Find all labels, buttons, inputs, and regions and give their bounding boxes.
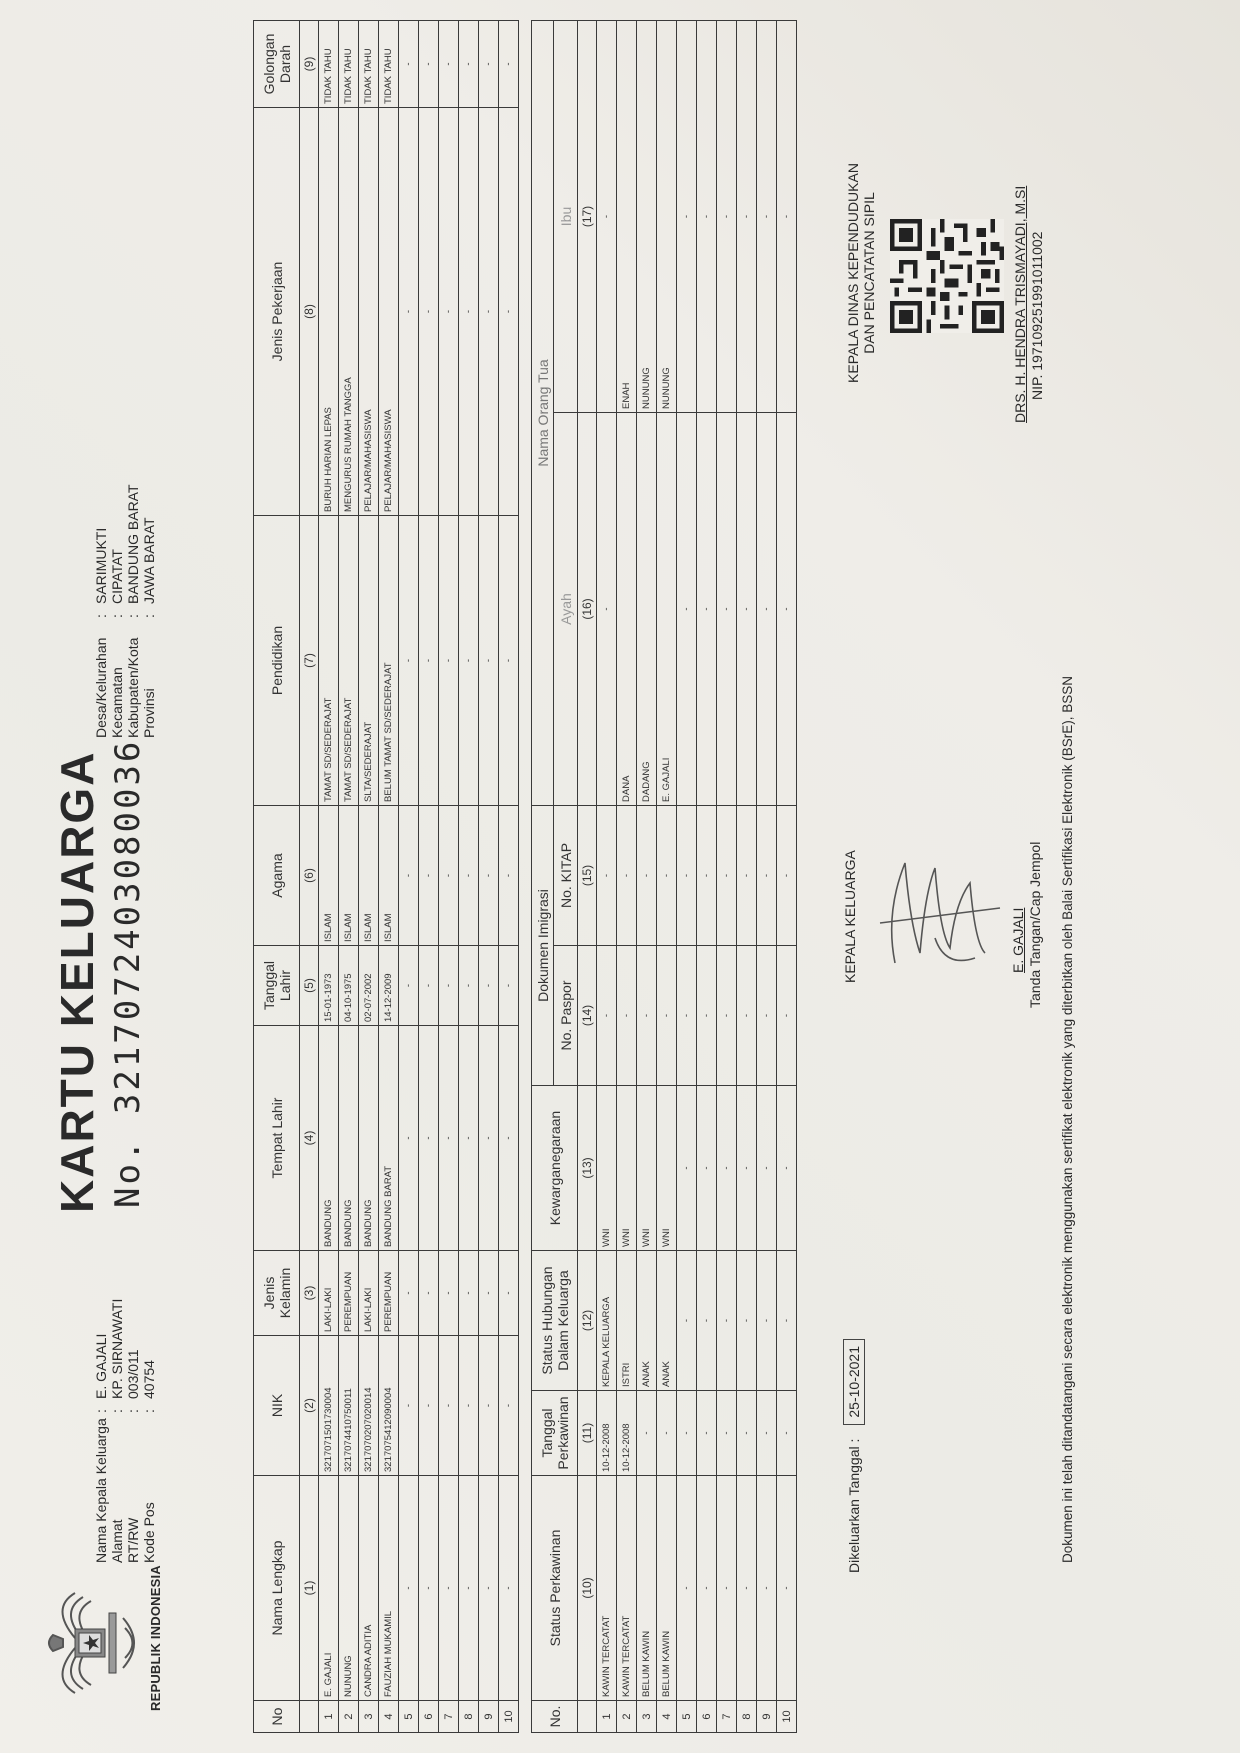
col-index: (5) <box>300 946 319 1026</box>
table-cell: - <box>677 805 697 945</box>
table-cell: - <box>597 20 617 412</box>
table-row: 5-------- <box>677 20 697 1732</box>
table-cell: 5 <box>399 1701 419 1733</box>
col-header-passport: No. Paspor <box>554 946 578 1086</box>
electronic-signature-note: Dokumen ini telah ditandatangani secara … <box>1060 676 1075 1563</box>
table-cell: - <box>459 1026 479 1251</box>
col-header-marital-status: Status Perkawinan <box>532 1476 578 1701</box>
table-cell: 3217071501730004 <box>319 1336 339 1476</box>
table-cell: BELUM KAWIN <box>657 1476 677 1701</box>
table-row: 4FAUZIAH MUKAMIL3217075412090004PEREMPUA… <box>379 21 399 1733</box>
family-members-table: No Nama Lengkap NIK Jenis Kelamin Tempat… <box>253 20 519 1733</box>
table-cell: - <box>439 1026 459 1251</box>
table-cell: - <box>677 1476 697 1701</box>
head-of-family-value: E. GAJALI <box>93 1334 109 1399</box>
table-cell: - <box>777 1391 797 1476</box>
table-cell: 3 <box>359 1701 379 1733</box>
table-cell: - <box>757 1476 777 1701</box>
table-cell: - <box>499 946 519 1026</box>
table-cell: - <box>399 1476 419 1701</box>
table-cell: - <box>419 516 439 806</box>
table-cell: 9 <box>479 1701 499 1733</box>
table-cell: - <box>697 805 717 945</box>
table-cell: BANDUNG <box>319 1026 339 1251</box>
table-row: 1E. GAJALI3217071501730004LAKI-LAKIBANDU… <box>319 21 339 1733</box>
table-row: 6-------- <box>697 20 717 1732</box>
rt-rw-value: 003/011 <box>125 1349 141 1399</box>
table-cell: - <box>479 108 499 516</box>
col-header-nik: NIK <box>254 1336 300 1476</box>
table-cell: WNI <box>637 1086 657 1251</box>
country-label: REPUBLIK INDONESIA <box>148 1565 163 1711</box>
table-cell: E. GAJALI <box>319 1476 339 1701</box>
table-cell: - <box>499 1026 519 1251</box>
table-cell: - <box>757 412 777 805</box>
table-cell: FAUZIAH MUKAMIL <box>379 1476 399 1701</box>
table-cell: CANDRA ADITIA <box>359 1476 379 1701</box>
table-cell: - <box>677 946 697 1086</box>
table-cell: - <box>737 1251 757 1391</box>
table-cell: - <box>717 805 737 945</box>
table-cell: 10-12-2008 <box>617 1391 637 1476</box>
table-cell: 3217075412090004 <box>379 1336 399 1476</box>
table-cell: KEPALA KELUARGA <box>597 1251 617 1391</box>
col-header-gender: Jenis Kelamin <box>254 1251 300 1336</box>
col-header-education: Pendidikan <box>254 516 300 806</box>
table-row: 8-------- <box>737 20 757 1732</box>
table-cell: - <box>499 1251 519 1336</box>
table-cell: BELUM KAWIN <box>637 1476 657 1701</box>
issuing-authority: KEPALA DINAS KEPENDUDUKAN DAN PENCATATAN… <box>845 133 877 413</box>
table-cell: - <box>737 412 757 805</box>
table-cell: - <box>757 1391 777 1476</box>
table-row: 7-------- <box>717 20 737 1732</box>
table-cell: LAKI-LAKI <box>319 1251 339 1336</box>
table-cell: 02-07-2002 <box>359 946 379 1026</box>
table-cell: - <box>717 1251 737 1391</box>
table-cell: - <box>737 20 757 412</box>
col-index: (11) <box>578 1391 597 1476</box>
col-header-immigration-docs: Dokumen Imigrasi <box>532 805 554 1085</box>
table-cell: - <box>399 1336 419 1476</box>
table-cell: - <box>737 1086 757 1251</box>
table-row: 5--------- <box>399 21 419 1733</box>
col-index: (6) <box>300 806 319 946</box>
col-index: (3) <box>300 1251 319 1336</box>
table-cell: BELUM TAMAT SD/SEDERAJAT <box>379 516 399 806</box>
table-cell: - <box>777 1476 797 1701</box>
table-cell: - <box>499 806 519 946</box>
table-cell: - <box>777 20 797 412</box>
table-cell: - <box>499 21 519 108</box>
table-cell: - <box>677 1086 697 1251</box>
col-index: (14) <box>578 946 597 1086</box>
table-cell: E. GAJALI <box>657 412 677 805</box>
table-cell: ISLAM <box>319 806 339 946</box>
field-label: RT/RW <box>125 1413 141 1563</box>
col-index <box>300 1701 319 1733</box>
table-cell: - <box>717 20 737 412</box>
table-cell: PEREMPUAN <box>339 1251 359 1336</box>
table-cell: - <box>597 946 617 1086</box>
table-cell: - <box>757 946 777 1086</box>
table-cell: - <box>399 516 419 806</box>
col-header-marriage-date: Tanggal Perkawinan <box>532 1391 578 1476</box>
authority-line-1: KEPALA DINAS KEPENDUDUKAN <box>845 133 861 413</box>
table-cell: 3217074410750011 <box>339 1336 359 1476</box>
table-cell: PELAJAR/MAHASISWA <box>359 108 379 516</box>
table-cell: - <box>697 1476 717 1701</box>
table-cell: - <box>697 946 717 1086</box>
table-cell: - <box>419 108 439 516</box>
table-cell: PELAJAR/MAHASISWA <box>379 108 399 516</box>
table-cell: - <box>657 946 677 1086</box>
table-row: 6--------- <box>419 21 439 1733</box>
table-cell: - <box>737 1391 757 1476</box>
table-cell: - <box>419 1026 439 1251</box>
table-cell: TAMAT SD/SEDERAJAT <box>319 516 339 806</box>
table-cell: WNI <box>617 1086 637 1251</box>
table-cell: - <box>717 412 737 805</box>
issue-date-label: Dikeluarkan Tanggal : <box>846 1439 862 1573</box>
table-row: 2NUNUNG3217074410750011PEREMPUANBANDUNG0… <box>339 21 359 1733</box>
table-cell: - <box>479 21 499 108</box>
table-cell: - <box>777 1086 797 1251</box>
table-cell: 7 <box>439 1701 459 1733</box>
province-value: JAWA BARAT <box>141 517 157 604</box>
table-row: 1KAWIN TERCATAT10-12-2008KEPALA KELUARGA… <box>597 20 617 1732</box>
table-cell: 2 <box>617 1701 637 1733</box>
table-cell: 4 <box>657 1701 677 1733</box>
table-cell: TIDAK TAHU <box>379 21 399 108</box>
col-index: (16) <box>578 412 597 805</box>
table-cell: PEREMPUAN <box>379 1251 399 1336</box>
table-cell: BANDUNG BARAT <box>379 1026 399 1251</box>
col-index: (10) <box>578 1476 597 1701</box>
table-cell: - <box>777 412 797 805</box>
authority-line-2: DAN PENCATATAN SIPIL <box>861 133 877 413</box>
field-label: Alamat <box>109 1413 125 1563</box>
table-cell: - <box>399 1251 419 1336</box>
table-cell: KAWIN TERCATAT <box>597 1476 617 1701</box>
table-row: 2KAWIN TERCATAT10-12-2008ISTRIWNI--DANAE… <box>617 20 637 1732</box>
issue-date-value: 25-10-2021 <box>843 1339 865 1425</box>
table-cell: - <box>597 805 617 945</box>
table-cell: - <box>677 1251 697 1391</box>
table-cell: 10 <box>777 1701 797 1733</box>
table-cell: - <box>459 946 479 1026</box>
col-header-blood-type: Golongan Darah <box>254 21 300 108</box>
table-cell: BANDUNG <box>339 1026 359 1251</box>
table-cell: - <box>419 806 439 946</box>
table-cell: SLTA/SEDERAJAT <box>359 516 379 806</box>
table-cell: - <box>439 516 459 806</box>
table-cell: - <box>479 946 499 1026</box>
table-cell: - <box>697 1251 717 1391</box>
table-cell: - <box>439 1336 459 1476</box>
table-row: 10-------- <box>777 20 797 1732</box>
table-cell: 8 <box>459 1701 479 1733</box>
table-cell: - <box>439 1476 459 1701</box>
table-cell: 1 <box>597 1701 617 1733</box>
col-header-kitap: No. KITAP <box>554 805 578 945</box>
table-cell: - <box>439 21 459 108</box>
table-cell: KAWIN TERCATAT <box>617 1476 637 1701</box>
family-card-document: REPUBLIK INDONESIA Nama Kepala Keluarga:… <box>0 0 1240 1753</box>
table-cell: - <box>617 805 637 945</box>
table-cell: 8 <box>737 1701 757 1733</box>
field-label: Kode Pos <box>141 1413 157 1563</box>
table-cell: 2 <box>339 1701 359 1733</box>
table-cell: - <box>697 1086 717 1251</box>
table-cell: 04-10-1975 <box>339 946 359 1026</box>
table-cell: - <box>499 1336 519 1476</box>
col-header-name: Nama Lengkap <box>254 1476 300 1701</box>
table-cell: MENGURUS RUMAH TANGGA <box>339 108 359 516</box>
table-row: 10--------- <box>499 21 519 1733</box>
table-cell: - <box>757 805 777 945</box>
table-cell: - <box>479 516 499 806</box>
table-cell: 3217070207020014 <box>359 1336 379 1476</box>
table-cell: - <box>459 108 479 516</box>
table-cell: WNI <box>657 1086 677 1251</box>
table-cell: ANAK <box>637 1251 657 1391</box>
table-cell: - <box>399 806 419 946</box>
field-label: Nama Kepala Keluarga <box>93 1413 109 1563</box>
table-cell: LAKI-LAKI <box>359 1251 379 1336</box>
table-cell: ISTRI <box>617 1251 637 1391</box>
col-index: (9) <box>300 21 319 108</box>
table-cell: 5 <box>677 1701 697 1733</box>
col-index: (2) <box>300 1336 319 1476</box>
table-cell: - <box>459 1251 479 1336</box>
table-cell: - <box>439 1251 459 1336</box>
table-cell: - <box>777 946 797 1086</box>
col-index: (13) <box>578 1086 597 1251</box>
table-cell: NUNUNG <box>637 20 657 412</box>
table-row: 3BELUM KAWIN-ANAKWNI--DADANGNUNUNG <box>637 20 657 1732</box>
table-cell: - <box>459 516 479 806</box>
table-cell: - <box>419 21 439 108</box>
table-cell: - <box>757 20 777 412</box>
table-cell: - <box>677 1391 697 1476</box>
table-cell: - <box>459 21 479 108</box>
col-index: (17) <box>578 20 597 412</box>
table-row: 4BELUM KAWIN-ANAKWNI--E. GAJALINUNUNG <box>657 20 677 1732</box>
col-header-father: Ayah <box>554 412 578 805</box>
table-cell: NUNUNG <box>657 20 677 412</box>
col-header-citizenship: Kewarganegaraan <box>532 1086 578 1251</box>
family-members-body: 1E. GAJALI3217071501730004LAKI-LAKIBANDU… <box>319 21 519 1733</box>
table-cell: 1 <box>319 1701 339 1733</box>
family-status-body: 1KAWIN TERCATAT10-12-2008KEPALA KELUARGA… <box>597 20 797 1732</box>
table-cell: - <box>499 1476 519 1701</box>
table-cell: - <box>419 946 439 1026</box>
table-row: 3CANDRA ADITIA3217070207020014LAKI-LAKIB… <box>359 21 379 1733</box>
district-value: CIPATAT <box>109 549 125 604</box>
table-cell: - <box>737 805 757 945</box>
table-cell: ISLAM <box>379 806 399 946</box>
table-cell: - <box>479 1336 499 1476</box>
village-value: SARIMUKTI <box>93 528 109 604</box>
table-cell: 4 <box>379 1701 399 1733</box>
head-of-family-name: E. GAJALI <box>1010 908 1026 973</box>
table-cell: - <box>637 1391 657 1476</box>
col-header-birthdate: Tanggal Lahir <box>254 946 300 1026</box>
table-cell: - <box>717 946 737 1086</box>
field-label: Desa/Kelurahan <box>93 618 109 738</box>
table-cell: - <box>737 946 757 1086</box>
table-cell: 15-01-1973 <box>319 946 339 1026</box>
col-index: (12) <box>578 1251 597 1391</box>
table-cell: BURUH HARIAN LEPAS <box>319 108 339 516</box>
col-header-no: No. <box>532 1701 578 1733</box>
table-cell: BANDUNG <box>359 1026 379 1251</box>
table-cell: TIDAK TAHU <box>339 21 359 108</box>
table-cell: 10 <box>499 1701 519 1733</box>
table-cell: 14-12-2009 <box>379 946 399 1026</box>
table-row: 8--------- <box>459 21 479 1733</box>
table-cell: - <box>597 412 617 805</box>
table-cell: - <box>439 806 459 946</box>
table-cell: - <box>657 805 677 945</box>
col-index: (8) <box>300 108 319 516</box>
table-cell: - <box>419 1476 439 1701</box>
table-cell: 10-12-2008 <box>597 1391 617 1476</box>
table-cell: - <box>499 108 519 516</box>
qr-code-icon <box>890 219 1004 333</box>
table-cell: - <box>757 1086 777 1251</box>
field-label: Provinsi <box>141 618 157 738</box>
region-info: Desa/Kelurahan:SARIMUKTI Kecamatan:CIPAT… <box>93 484 157 738</box>
table-cell: - <box>399 1026 419 1251</box>
table-cell: - <box>479 1026 499 1251</box>
table-cell: 6 <box>697 1701 717 1733</box>
table-cell: - <box>757 1251 777 1391</box>
table-cell: - <box>479 1251 499 1336</box>
card-number: No. 3217072403080036 <box>108 739 148 1208</box>
table-cell: - <box>717 1391 737 1476</box>
table-cell: - <box>717 1086 737 1251</box>
table-cell: - <box>479 806 499 946</box>
table-cell: - <box>499 516 519 806</box>
table-cell: - <box>399 108 419 516</box>
col-header-relationship: Status Hubungan Dalam Keluarga <box>532 1251 578 1391</box>
table-cell: TIDAK TAHU <box>359 21 379 108</box>
table-cell: 9 <box>757 1701 777 1733</box>
table-cell: - <box>697 1391 717 1476</box>
col-header-mother: Ibu <box>554 20 578 412</box>
table-cell: - <box>439 108 459 516</box>
table-cell: TAMAT SD/SEDERAJAT <box>339 516 359 806</box>
signature-icon <box>875 843 1005 983</box>
col-index: (1) <box>300 1476 319 1701</box>
table-cell: ISLAM <box>339 806 359 946</box>
col-header-occupation: Jenis Pekerjaan <box>254 108 300 516</box>
table-row: 7--------- <box>439 21 459 1733</box>
table-cell: - <box>399 946 419 1026</box>
table-cell: WNI <box>597 1086 617 1251</box>
col-header-parents: Nama Orang Tua <box>532 20 554 805</box>
document-title: KARTU KELUARGA <box>50 751 104 1213</box>
garuda-emblem-icon <box>45 1583 145 1703</box>
table-cell: ISLAM <box>359 806 379 946</box>
table-cell: - <box>637 805 657 945</box>
postal-code-value: 40754 <box>141 1360 157 1399</box>
table-cell: ANAK <box>657 1251 677 1391</box>
table-cell: - <box>459 1476 479 1701</box>
table-cell: DANA <box>617 412 637 805</box>
table-cell: - <box>419 1336 439 1476</box>
table-cell: - <box>777 1251 797 1391</box>
field-label: Kabupaten/Kota <box>125 618 141 738</box>
table-row: 9-------- <box>757 20 777 1732</box>
table-cell: - <box>419 1251 439 1336</box>
table-cell: - <box>717 1476 737 1701</box>
table-cell: - <box>459 1336 479 1476</box>
head-of-family-signature-label: KEPALA KELUARGA <box>842 850 858 983</box>
col-index: (4) <box>300 1026 319 1251</box>
signature-caption: Tanda Tangan/Cap Jempol <box>1027 842 1043 1008</box>
issue-date-block: Dikeluarkan Tanggal : 25-10-2021 <box>843 1339 865 1573</box>
table-cell: ENAH <box>617 20 637 412</box>
table-cell: NUNUNG <box>339 1476 359 1701</box>
address-value: KP. SIRNAWATI <box>109 1299 125 1399</box>
table-cell: 3 <box>637 1701 657 1733</box>
household-info: Nama Kepala Keluarga:E. GAJALI Alamat:KP… <box>93 1299 157 1563</box>
col-index <box>578 1701 597 1733</box>
table-cell: - <box>399 21 419 108</box>
official-name: DRS. H. HENDRA TRISMAYADI, M.SI <box>1012 186 1028 423</box>
regency-value: BANDUNG BARAT <box>125 484 141 604</box>
field-label: Kecamatan <box>109 618 125 738</box>
table-cell: - <box>617 946 637 1086</box>
table-cell: 7 <box>717 1701 737 1733</box>
table-cell: - <box>677 412 697 805</box>
table-cell: - <box>777 805 797 945</box>
col-header-religion: Agama <box>254 806 300 946</box>
col-index: (15) <box>578 805 597 945</box>
official-nip: NIP. 197109251991011002 <box>1029 232 1045 400</box>
table-row: 9--------- <box>479 21 499 1733</box>
table-cell: DADANG <box>637 412 657 805</box>
col-header-birthplace: Tempat Lahir <box>254 1026 300 1251</box>
table-cell: - <box>479 1476 499 1701</box>
table-cell: 6 <box>419 1701 439 1733</box>
table-cell: - <box>697 20 717 412</box>
table-cell: - <box>459 806 479 946</box>
table-cell: - <box>737 1476 757 1701</box>
table-cell: - <box>697 412 717 805</box>
table-cell: - <box>657 1391 677 1476</box>
table-cell: - <box>439 946 459 1026</box>
table-cell: - <box>677 20 697 412</box>
col-header-no: No <box>254 1701 300 1733</box>
table-cell: - <box>637 946 657 1086</box>
table-cell: TIDAK TAHU <box>319 21 339 108</box>
col-index: (7) <box>300 516 319 806</box>
family-status-table: No. Status Perkawinan Tanggal Perkawinan… <box>531 20 797 1733</box>
